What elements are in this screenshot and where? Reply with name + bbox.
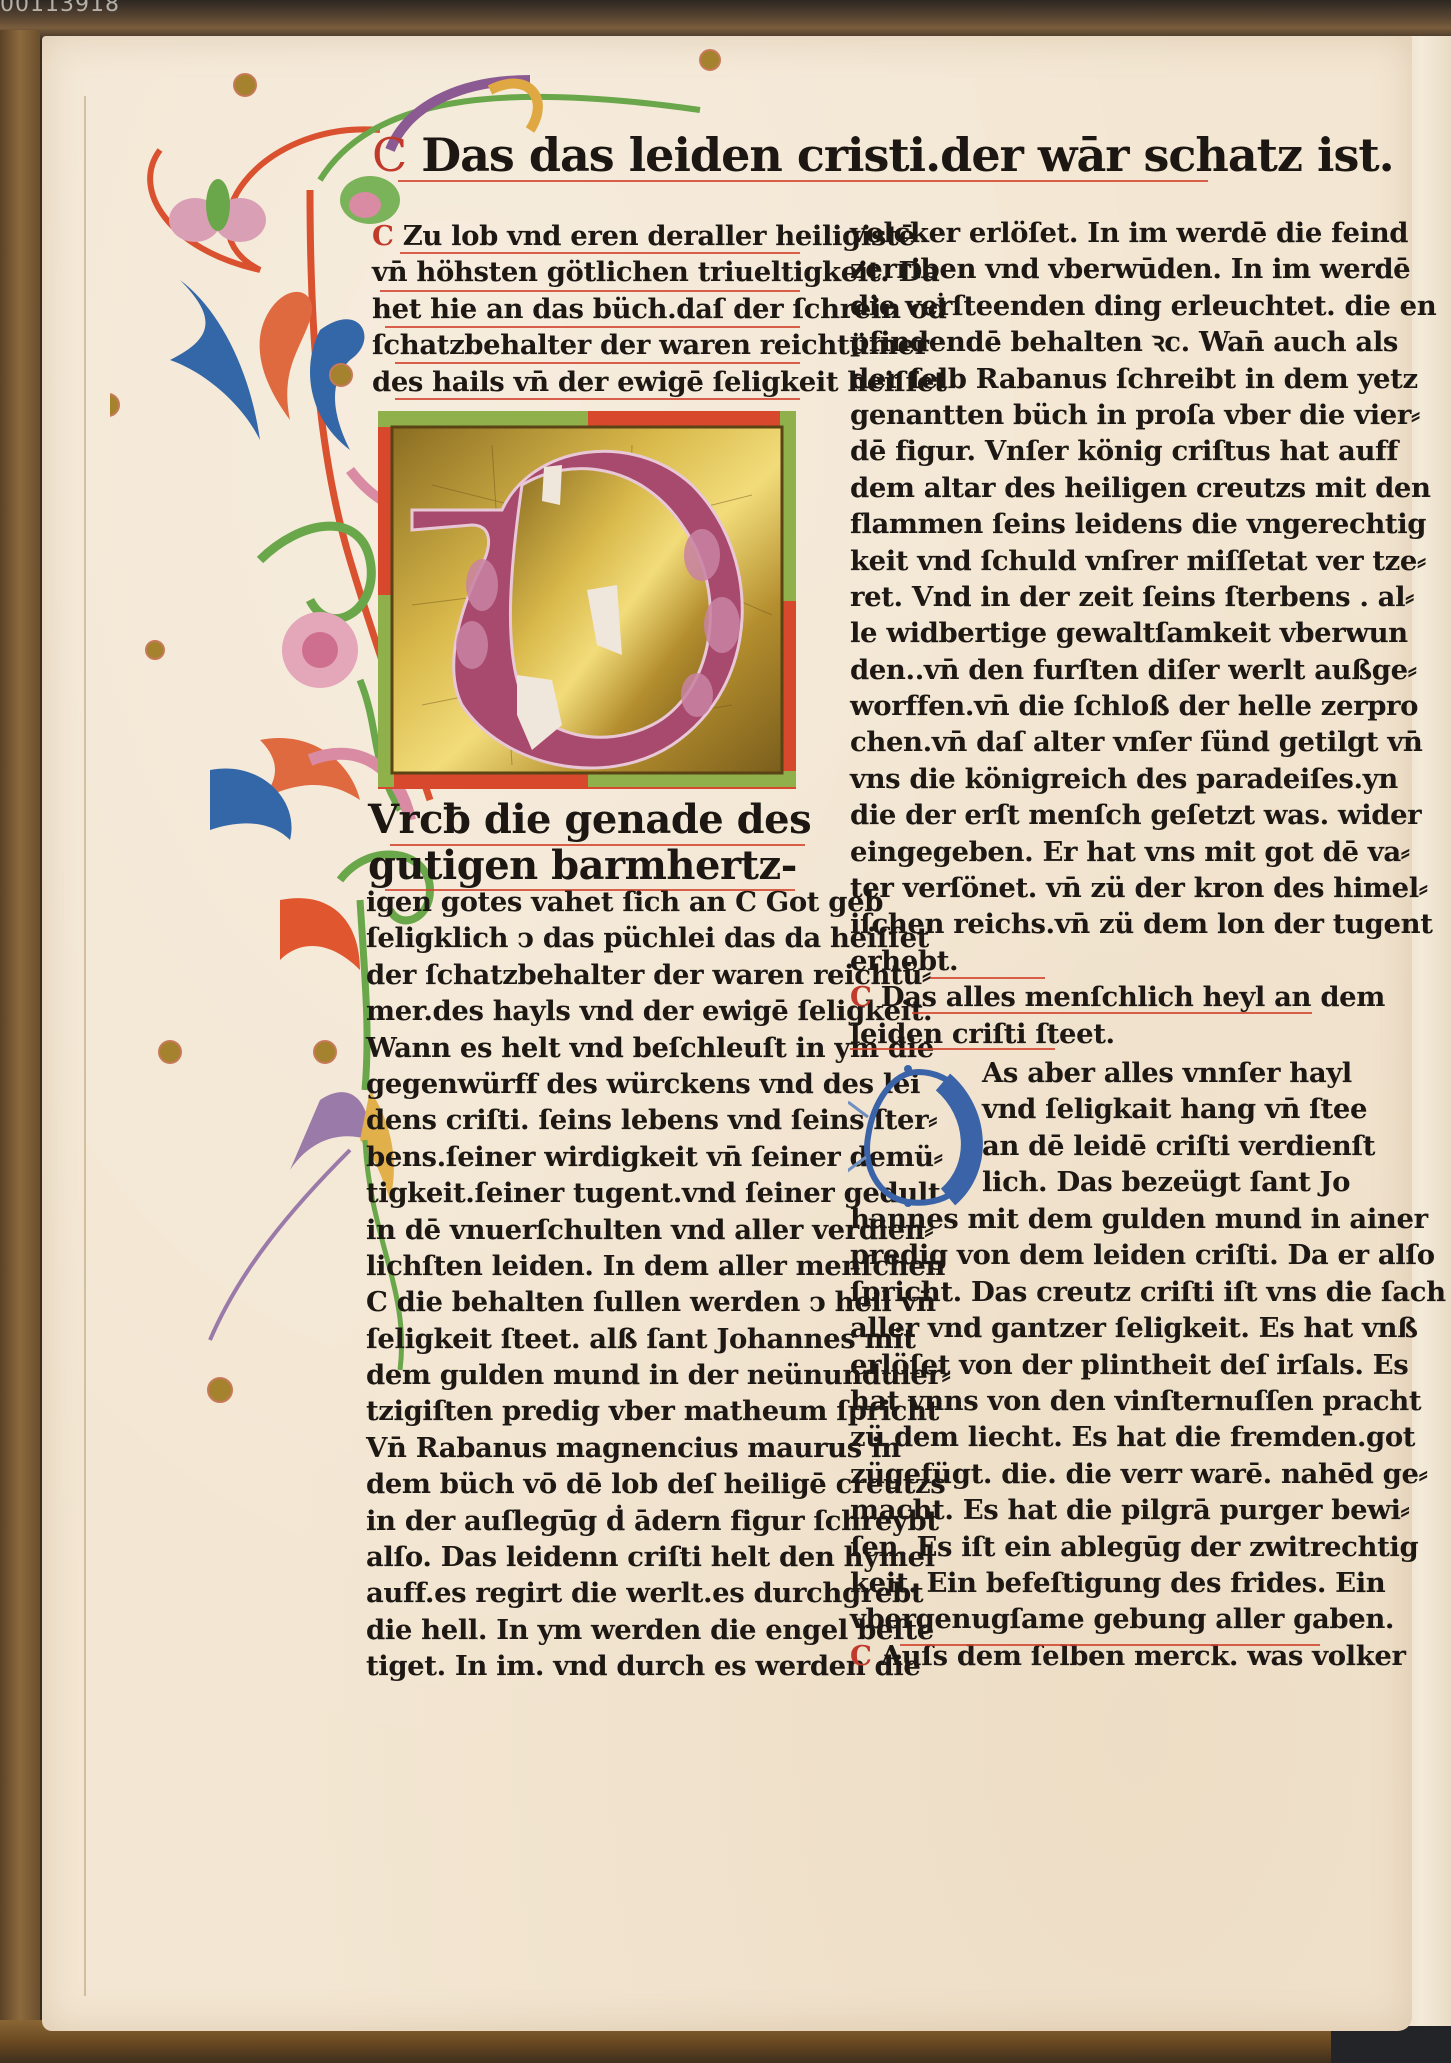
chapter-heading: C Das das leiden cristi.der wār schatz i…	[372, 128, 1394, 182]
rubric-mark: C	[850, 1640, 872, 1672]
rubric-mark: C	[372, 220, 394, 252]
text-line: genantten büch in proſa vber die vier⸗	[850, 397, 1436, 433]
text-line: lich. Das bezeügt ſant Jo	[982, 1164, 1375, 1200]
text-line: chen.vn̄ daſ alter vnſer ſünd getilgt vn…	[850, 724, 1436, 760]
rubric-underline	[912, 1012, 1312, 1014]
text-line: den..vn̄ den furſten diſer werlt außge⸗	[850, 652, 1436, 688]
text-line: hannes mit dem gulden mund in ainer	[850, 1201, 1446, 1237]
right-column-bottom: hannes mit dem gulden mund in ainer pred…	[850, 1201, 1446, 1674]
text-line: le widbertige gewaltſamkeit vberwun	[850, 615, 1436, 651]
book-binding-left	[0, 30, 40, 2063]
rubric-underline	[930, 977, 1045, 979]
text-line: vnd ſeligkait hang vn̄ ſtee	[982, 1091, 1375, 1127]
rubric-underline	[400, 252, 800, 254]
text-line: aller vnd gantzer ſeligkeit. Es hat vnß	[850, 1310, 1446, 1346]
text-line: die verſteenden ding erleuchtet. die en	[850, 288, 1436, 324]
text-line: dē figur. Vnſer könig criſtus hat auff	[850, 433, 1436, 469]
text-line: ſen. Es iſt ein ablegūg der zwitrechtig	[850, 1529, 1446, 1565]
subheading-line: leiden criſti ſteet.	[850, 1016, 1436, 1052]
subheading-text: Das alles menſchlich heyl an dem	[881, 981, 1385, 1013]
text-line: keit. Ein befeſtigung des frides. Ein	[850, 1565, 1446, 1601]
text-line: zerriben vnd vberwūden. In im werdē	[850, 251, 1436, 287]
text-line: ter verſönet. vn̄ zü der kron des himel⸗	[850, 870, 1436, 906]
text-line: eingegeben. Er hat vns mit got dē va⸗	[850, 834, 1436, 870]
rubric-underline	[900, 1644, 1320, 1646]
text-line: flammen ſeins leidens die vngerechtig	[850, 506, 1436, 542]
right-column-indented: As aber alles vnnſer hayl vnd ſeligkait …	[982, 1055, 1375, 1201]
text-line: macht. Es hat die pilgrā purger bewi⸗	[850, 1492, 1446, 1528]
text-line: vns die königreich des paradeiſes.yn	[850, 761, 1436, 797]
text-line: dem altar des heiligen creutzs mit den	[850, 470, 1436, 506]
text-line: hat vnns von den vinſternuſſen pracht	[850, 1383, 1446, 1419]
text-line: zügefügt. die. die verr warē. nahēd ge⸗	[850, 1456, 1446, 1492]
text-line: erlöſet von der plintheit deſ irſals. Es	[850, 1347, 1446, 1383]
text-line-content: Zu lob vnd eren deraller heiligistē	[403, 220, 916, 252]
incipit-line: gutigen barmhertz-	[368, 843, 811, 889]
text-line: As aber alles vnnſer hayl	[982, 1055, 1375, 1091]
lombard-initial-d-icon	[848, 1057, 988, 1207]
scan-id-label: 00113918	[0, 0, 120, 17]
text-line: ret. Vnd in der zeit ſeins ſterbens . al…	[850, 579, 1436, 615]
text-line: vbergenugſame gebung aller gaben.	[850, 1601, 1446, 1637]
illuminated-initial-d-icon	[372, 405, 802, 795]
rubric-underline	[395, 362, 800, 364]
text-line: erhebt.	[850, 943, 1436, 979]
text-line: iſchen reichs.vn̄ zü dem lon der tugent	[850, 906, 1436, 942]
text-line: die der erſt menſch geſetzt was. wider	[850, 797, 1436, 833]
text-line: worffen.vn̄ die ſchloß der helle zerpro	[850, 688, 1436, 724]
rubric-underline	[390, 844, 805, 846]
incipit-line: Vrcƀ die genade des	[368, 797, 811, 843]
rubric-mark: C	[372, 128, 406, 182]
right-column-top: volcker erlöſet. In im werdē die feind z…	[850, 215, 1436, 1052]
subheading-line: C Das alles menſchlich heyl an dem	[850, 979, 1436, 1015]
chapter-heading-text: Das das leiden cristi.der wār schatz ist…	[421, 128, 1393, 182]
text-line: ſpricht. Das creutz criſti iſt vns die ſ…	[850, 1274, 1446, 1310]
text-line: der ſelb Rabanus ſchreibt in dem yetz	[850, 361, 1436, 397]
rubric-mark: C	[850, 981, 872, 1013]
text-line: zü dem liecht. Es hat die fremden.got	[850, 1419, 1446, 1455]
rubric-underline	[398, 180, 1208, 182]
text-line: pfindendē behalten ꝛc. Wan̄ auch als	[850, 324, 1436, 360]
text-line: predig von dem leiden criſti. Da er alſo	[850, 1237, 1446, 1273]
book-binding-top: 00113918	[0, 0, 1451, 40]
incipit-heading: Vrcƀ die genade des gutigen barmhertz-	[368, 797, 811, 889]
rubric-underline	[385, 326, 800, 328]
rubric-underline	[395, 398, 800, 400]
page-fold-line	[54, 96, 86, 1996]
rubric-underline	[850, 1048, 1055, 1050]
text-line: volcker erlöſet. In im werdē die feind	[850, 215, 1436, 251]
text-line: keit vnd ſchuld vnſrer miſſetat ver tze⸗	[850, 543, 1436, 579]
text-line: an dē leidē criſti verdienſt	[982, 1128, 1375, 1164]
rubric-underline	[380, 290, 800, 292]
